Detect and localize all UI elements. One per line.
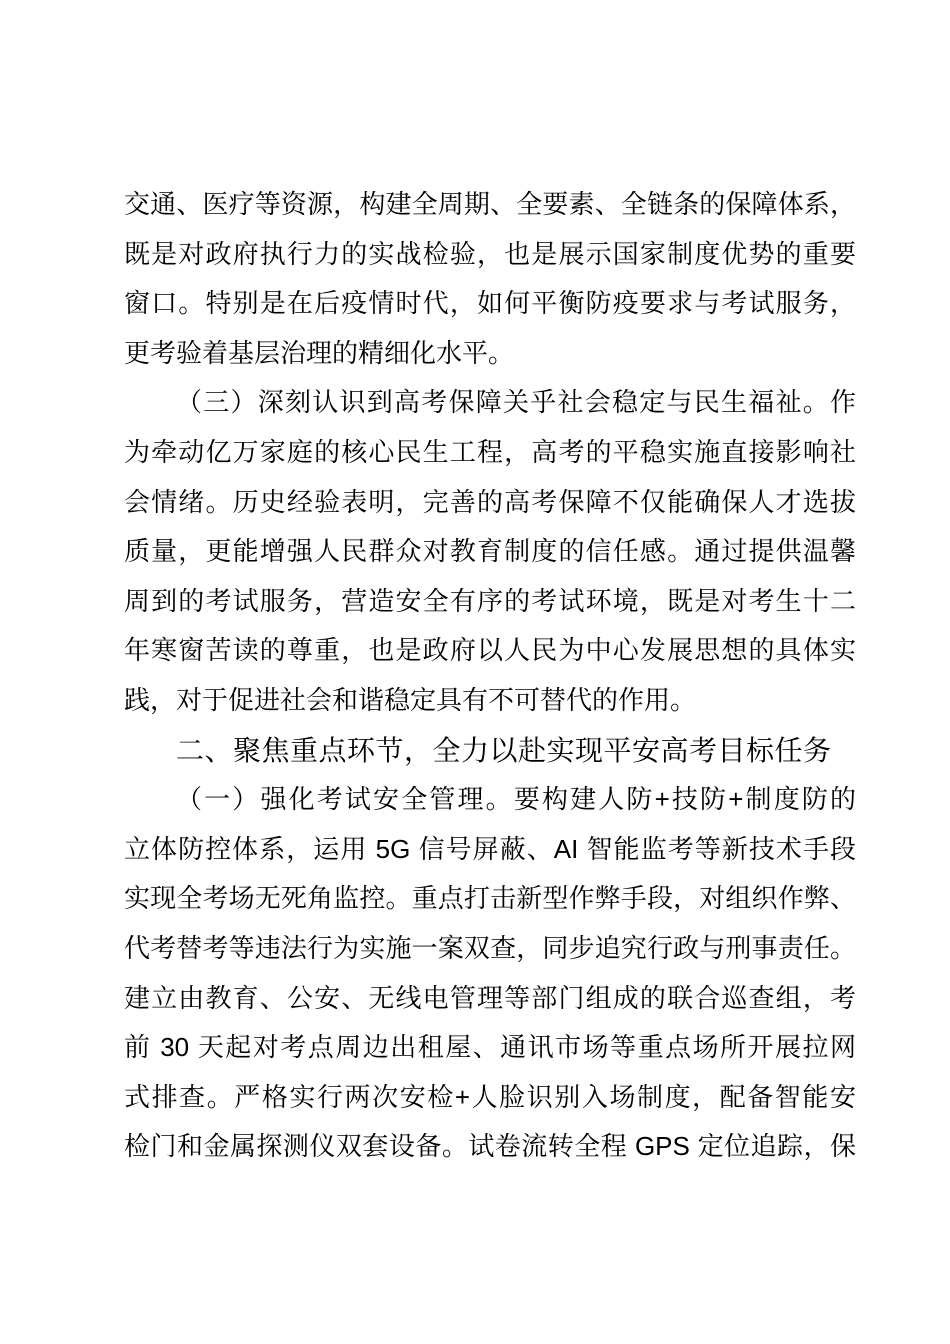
text-line: 代考替考等违法行为实施一案双查，同步追究行政与刑事责任。 [124,924,856,974]
section-heading: 二、聚焦重点环节，全力以赴实现平安高考目标任务 [124,726,856,776]
text-line: 式排查。严格实行两次安检+人脸识别入场制度，配备智能安 [124,1073,856,1123]
text-line: 践，对于促进社会和谐稳定具有不可替代的作用。 [124,676,856,726]
text-line: 会情绪。历史经验表明，完善的高考保障不仅能确保人才选拔 [124,478,856,528]
text-line: 更考验着基层治理的精细化水平。 [124,329,856,379]
document-body: 交通、医疗等资源，构建全周期、全要素、全链条的保障体系，既是对政府执行力的实战检… [124,180,856,1172]
text-line: 窗口。特别是在后疫情时代，如何平衡防疫要求与考试服务， [124,279,856,329]
text-line: 年寒窗苦读的尊重，也是政府以人民为中心发展思想的具体实 [124,626,856,676]
text-line: 检门和金属探测仪双套设备。试卷流转全程 GPS 定位追踪，保 [124,1122,856,1172]
text-line: 既是对政府执行力的实战检验，也是展示国家制度优势的重要 [124,230,856,280]
text-line: 质量，更能增强人民群众对教育制度的信任感。通过提供温馨 [124,527,856,577]
text-line: 为牵动亿万家庭的核心民生工程，高考的平稳实施直接影响社 [124,428,856,478]
text-line: 建立由教育、公安、无线电管理等部门组成的联合巡查组，考 [124,974,856,1024]
text-line: 立体防控体系，运用 5G 信号屏蔽、AI 智能监考等新技术手段 [124,825,856,875]
document-page: 交通、医疗等资源，构建全周期、全要素、全链条的保障体系，既是对政府执行力的实战检… [0,0,950,1344]
text-line: 实现全考场无死角监控。重点打击新型作弊手段，对组织作弊、 [124,874,856,924]
text-line: 前 30 天起对考点周边出租屋、通讯市场等重点场所开展拉网 [124,1023,856,1073]
text-line: 周到的考试服务，营造安全有序的考试环境，既是对考生十二 [124,577,856,627]
text-line: （一）强化考试安全管理。要构建人防+技防+制度防的 [124,775,856,825]
text-line: 交通、医疗等资源，构建全周期、全要素、全链条的保障体系， [124,180,856,230]
text-line: （三）深刻认识到高考保障关乎社会稳定与民生福祉。作 [124,378,856,428]
